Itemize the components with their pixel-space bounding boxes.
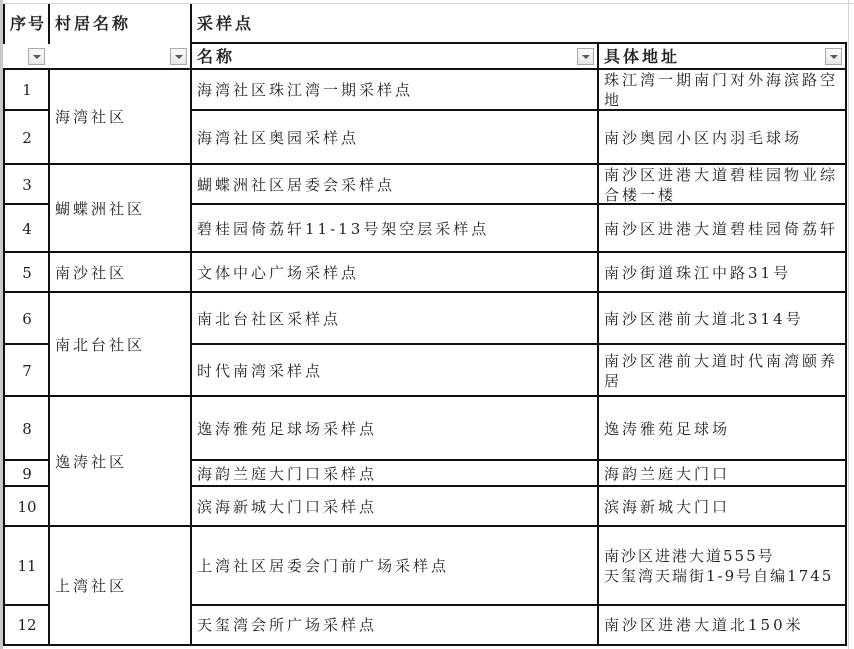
cell-name: 海湾社区奥园采样点 <box>190 109 599 164</box>
cell-village: 海湾社区 <box>48 68 191 164</box>
cell-seq: 9 <box>3 459 49 486</box>
spreadsheet: 序号 村居名称 采样点 名称 具体地址 1 2 3 4 5 6 7 8 9 10… <box>0 0 854 649</box>
cell-seq: 10 <box>3 485 49 526</box>
header-village-label: 村居名称 <box>55 14 131 34</box>
cell-seq: 4 <box>3 203 49 252</box>
cell-name: 文体中心广场采样点 <box>190 251 599 292</box>
cell-name: 蝴蝶洲社区居委会采样点 <box>190 163 599 204</box>
cell-village: 南沙社区 <box>48 251 191 292</box>
cell-village: 南北台社区 <box>48 291 191 396</box>
cell-address: 逸涛雅苑足球场 <box>597 395 847 460</box>
cell-name: 上湾社区居委会门前广场采样点 <box>190 525 599 605</box>
cell-address: 南沙区港前大道时代南湾颐养 居 <box>597 343 847 396</box>
cell-address: 珠江湾一期南门对外海滨路空 地 <box>597 68 847 110</box>
header-name: 名称 <box>190 42 599 70</box>
header-name-label: 名称 <box>197 47 235 67</box>
cell-address: 南沙区进港大道碧桂园倚荔轩 <box>597 203 847 252</box>
cell-name: 海湾社区珠江湾一期采样点 <box>190 68 599 110</box>
cell-address: 南沙区进港大道碧桂园物业综 合楼一楼 <box>597 163 847 204</box>
cell-name: 碧桂园倚荔轩11-13号架空层采样点 <box>190 203 599 252</box>
filter-dropdown-seq-icon[interactable] <box>28 48 45 65</box>
cell-seq: 2 <box>3 109 49 164</box>
cell-seq: 7 <box>3 343 49 396</box>
header-address: 具体地址 <box>597 42 847 70</box>
cell-name: 南北台社区采样点 <box>190 291 599 344</box>
header-seq: 序号 <box>3 4 49 44</box>
cell-seq: 11 <box>3 525 49 605</box>
cell-address: 南沙区港前大道北314号 <box>597 291 847 344</box>
filter-dropdown-village-icon[interactable] <box>170 48 187 65</box>
cell-address: 南沙街道珠江中路31号 <box>597 251 847 292</box>
cell-name: 天玺湾会所广场采样点 <box>190 604 599 646</box>
cell-village: 逸涛社区 <box>48 395 191 526</box>
header-address-label: 具体地址 <box>604 47 680 67</box>
header-group-label: 采样点 <box>197 14 254 34</box>
cell-seq: 12 <box>3 604 49 646</box>
cell-address: 南沙奥园小区内羽毛球场 <box>597 109 847 164</box>
filter-dropdown-name-icon[interactable] <box>577 48 594 65</box>
cell-seq: 3 <box>3 163 49 204</box>
header-seq-label: 序号 <box>10 14 46 34</box>
cell-address: 南沙区进港大道北150米 <box>597 604 847 646</box>
cell-seq: 1 <box>3 68 49 110</box>
cell-seq: 6 <box>3 291 49 344</box>
cell-address: 海韵兰庭大门口 <box>597 459 847 486</box>
cell-name: 时代南湾采样点 <box>190 343 599 396</box>
cell-seq: 8 <box>3 395 49 460</box>
cell-name: 滨海新城大门口采样点 <box>190 485 599 526</box>
cell-seq: 5 <box>3 251 49 292</box>
header-village: 村居名称 <box>48 4 191 44</box>
cell-address: 滨海新城大门口 <box>597 485 847 526</box>
cell-name: 逸涛雅苑足球场采样点 <box>190 395 599 460</box>
gridline <box>848 0 849 649</box>
cell-village: 上湾社区 <box>48 525 191 646</box>
cell-name: 海韵兰庭大门口采样点 <box>190 459 599 486</box>
header-sampling-point-group: 采样点 <box>190 4 850 44</box>
cell-address: 南沙区进港大道555号 天玺湾天瑞街1-9号自编1745 <box>597 525 847 605</box>
cell-village: 蝴蝶洲社区 <box>48 163 191 252</box>
filter-dropdown-address-icon[interactable] <box>825 48 842 65</box>
